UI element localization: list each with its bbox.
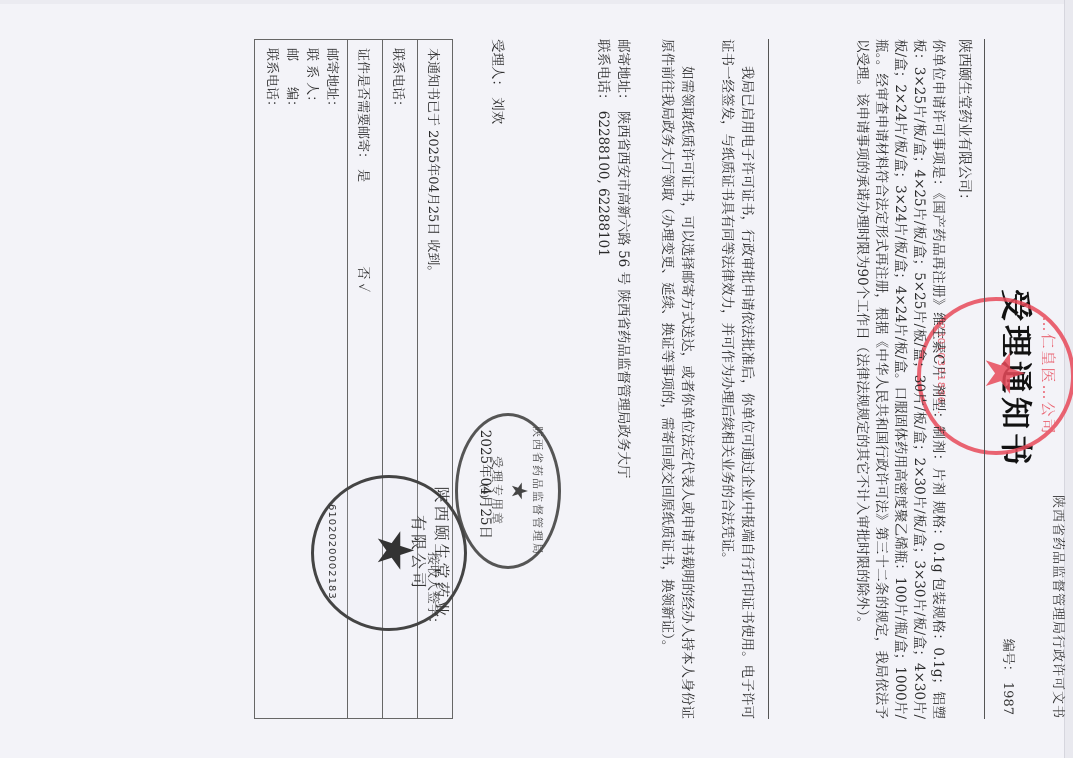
application-details: 你单位申请许可事项是：《国产药品再注册》维生素C片 剂型：制剂：片剂 规格：0.…: [852, 39, 947, 719]
phone-value: 62288100, 62288101: [595, 111, 611, 257]
issue-date: 2025年04月25日: [477, 430, 497, 539]
phone-line: 联系电话： 62288100, 62288101: [593, 39, 613, 719]
phone-label: 联系电话：: [595, 39, 611, 107]
mail-required-label: 证件是否需要邮寄：: [356, 48, 371, 165]
mail-yes-option[interactable]: 是: [356, 169, 371, 182]
mailing-address-line: 邮寄地址： 陕西省西安市高新六路 56 号 陕西省药品监督管理局政务大厅: [613, 39, 633, 719]
contact-block: 邮寄地址： 陕西省西安市高新六路 56 号 陕西省药品监督管理局政务大厅 联系电…: [593, 39, 633, 719]
contact-phone2-field[interactable]: 联系电话：: [261, 48, 281, 710]
signoff-block: 陕西省药品监督管理局 ★ 受理专用章 (9) 受理人： 刘欢 2025年04月2…: [471, 39, 561, 719]
acceptance-notice-page: 陕西省药品监督管理局行政许可文书 受理通知书 编号： 1987 …仁皇医…公司 …: [59, 19, 1069, 739]
scan-border-top: [0, 0, 1073, 4]
mail-no-option[interactable]: 否: [356, 266, 371, 279]
mailing-details: 邮寄地址： 联 系 人： 邮 编： 联系电话：: [255, 40, 348, 719]
mailing-address-label: 邮寄地址：: [615, 39, 631, 107]
star-icon: ★: [506, 416, 530, 566]
doc-number-label: 编号：: [1000, 639, 1015, 678]
table-row: 邮寄地址： 联 系 人： 邮 编： 联系电话：: [255, 40, 348, 719]
contact-person-field[interactable]: 联 系 人：: [301, 48, 321, 710]
header-divider: [984, 39, 985, 719]
handler-label: 受理人：: [489, 39, 505, 93]
paper-license-paragraph: 如需领取纸质许可证书，可以选择邮寄方式送达，或者你单位法定代表人或申请书载明的经…: [657, 39, 697, 719]
received-text: 本通知书已于 2025年04月25日 收到。: [426, 48, 441, 278]
handler-name: 刘欢: [489, 97, 505, 124]
addressee: 陕西颐生堂药业有限公司：: [955, 39, 975, 207]
seal-agency-text: 陕西省药品监督管理局: [530, 416, 546, 566]
document-header: 陕西省药品监督管理局行政许可文书 受理通知书 编号： 1987 …仁皇医…公司 …: [989, 39, 1069, 719]
black-stamp-code: 6102020002183: [326, 504, 337, 600]
mailing-address-value: 陕西省西安市高新六路 56 号 陕西省药品监督管理局政务大厅: [615, 111, 631, 479]
doc-number-value: 1987: [1000, 682, 1015, 715]
red-stamp-text: …仁皇医…公司: [1038, 311, 1059, 441]
issuer-line: 陕西省药品监督管理局行政许可文书: [1050, 495, 1069, 719]
postcode-field[interactable]: 邮 编：: [281, 48, 301, 710]
check-icon: ✓: [356, 283, 371, 291]
e-license-paragraph: 我局已启用电子许可证书，行政审批申请依法批准后，你单位可通过企业中报端自行打印证…: [717, 39, 757, 719]
section-divider: [768, 39, 769, 719]
star-icon: ★: [370, 528, 420, 573]
document-number: 编号： 1987: [1000, 639, 1019, 715]
black-company-stamp: 陕西颐生堂药业有限公司 ★ 6102020002183: [311, 475, 467, 631]
handler-line: 受理人： 刘欢: [489, 39, 509, 124]
star-icon: ★: [977, 349, 1031, 397]
acceptance-seal: 陕西省药品监督管理局 ★ 受理专用章 (9): [455, 413, 561, 569]
